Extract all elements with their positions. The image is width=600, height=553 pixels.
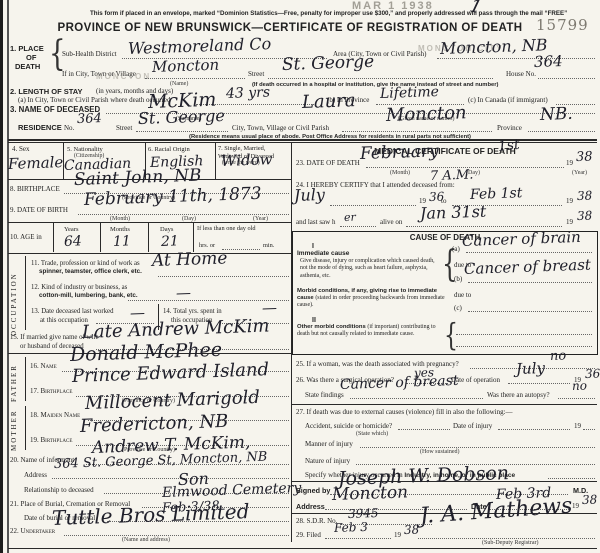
- group-bracket: [25, 357, 26, 401]
- industry-label: 12. Kind of industry or business, as: [31, 284, 127, 291]
- industry-value: —: [176, 285, 192, 301]
- morbid-conditions-note: (stated in order proceeding backwards fr…: [297, 295, 445, 308]
- accident-label: Accident, suicide or homicide?: [305, 423, 392, 431]
- death-certificate-scan: This form if placed in an envelope, mark…: [0, 0, 600, 553]
- dotted-line: [466, 252, 592, 253]
- attended-to-value: Feb 1st: [470, 186, 523, 202]
- dotted-line: [325, 538, 391, 539]
- cause-roman-one: I: [312, 243, 314, 250]
- manner-caption: (How sustained): [420, 449, 460, 455]
- dotted-line: [350, 398, 483, 399]
- stay-label: 2. LENGTH OF STAY: [10, 88, 83, 96]
- house-no-label: House No.: [506, 71, 536, 79]
- dotted-line: [538, 78, 595, 79]
- mother-vertical-label: MOTHER: [10, 407, 18, 451]
- residence-city-label: City, Town, Village or Civil Parish: [232, 125, 329, 133]
- age-months-header: Months: [110, 226, 130, 233]
- group-bracket: [25, 406, 26, 450]
- mother-birthplace-value: Fredericton, NB: [80, 413, 229, 436]
- signed-year-printed: 19: [572, 503, 579, 511]
- external-causes-label: 27. If death was due to external causes …: [296, 409, 513, 417]
- residence-street-value: St. George: [138, 108, 225, 127]
- alive-on-label: alive on: [380, 219, 402, 227]
- physician-address-value: Moncton: [332, 484, 409, 504]
- dotted-line: [398, 429, 450, 430]
- findings-value: Cancer of breast: [340, 374, 459, 392]
- dotted-line: [456, 334, 592, 335]
- death-month-caption: (Month): [390, 170, 410, 176]
- residence-no-value: 364: [77, 112, 102, 126]
- trade-value: At Home: [152, 250, 228, 270]
- last-saw-label: and last saw h: [296, 219, 335, 227]
- residence-province-label: Province: [497, 125, 522, 133]
- mail-notice: This form if placed in an envelope, mark…: [90, 10, 500, 17]
- hospital-caption: (If death occurred in a hospital or inst…: [252, 82, 498, 88]
- last-worked-value: —: [130, 305, 146, 321]
- spouse-value: Late Andrew McKim: [82, 317, 270, 342]
- occupation-vertical-label: OCCUPATION: [10, 258, 18, 336]
- place-of-death-label: 1. PLACE: [10, 45, 44, 53]
- stay-b-value: Lifetime: [380, 85, 439, 101]
- divider: [8, 222, 291, 223]
- last-saw-year-printed: 19: [566, 219, 573, 227]
- signed-by-label: Signed by: [296, 487, 330, 495]
- residence-street-label: Street: [116, 125, 132, 133]
- death-day-value: 1st: [497, 138, 520, 154]
- dotted-line: [64, 535, 289, 536]
- relationship-label: Relationship to deceased: [24, 487, 94, 495]
- district-label: Sub-Health District: [62, 51, 117, 59]
- age-less-header: If less than one day old: [197, 226, 256, 233]
- burial-value: Elmwood Cemetery: [162, 481, 302, 500]
- morbid-conditions-block: Morbid conditions, if any, giving rise t…: [297, 288, 445, 309]
- manner-label: Manner of injury: [305, 441, 353, 449]
- total-yrs-value: —: [262, 300, 278, 316]
- other-morbid-label: Other morbid conditions: [297, 324, 367, 330]
- other-morbid-block: Other morbid conditions (if important) c…: [297, 324, 445, 338]
- trade-label-bold: spinner, teamster, office clerk, etc.: [39, 269, 142, 276]
- dotted-line: [136, 131, 228, 132]
- cause-c-label: (c): [454, 305, 462, 313]
- pregnancy-value: no: [550, 349, 567, 363]
- city-value: Moncton: [152, 58, 220, 75]
- operation-year-value: 36: [585, 367, 600, 380]
- pregnancy-label: 25. If a woman, was the death associated…: [296, 361, 459, 369]
- signed-year-value: 38: [582, 493, 598, 506]
- area-value: Moncton, NB: [440, 37, 548, 57]
- father-vertical-label: FATHER: [10, 358, 18, 402]
- age-months-value: 11: [113, 234, 131, 249]
- filed-year-printed: 19: [394, 532, 401, 540]
- mother-birthplace-label: 19. Birthplace: [30, 437, 72, 445]
- residence-no-label: No.: [64, 125, 74, 133]
- to-year-value: 38: [577, 189, 593, 202]
- last-saw-value: Jan 31st: [420, 204, 487, 222]
- death-year-caption: (Year): [572, 170, 587, 176]
- stay-c-label: (c) In Canada (if immigrant): [468, 97, 548, 105]
- city-stamp: MONCTON: [96, 72, 151, 81]
- racial-origin-label: 6. Racial Origin: [148, 146, 190, 153]
- injury-date-label: Date of injury: [453, 423, 492, 431]
- marital-value: Widow: [221, 152, 273, 169]
- bottom-rule: [8, 548, 597, 549]
- dotted-line: [52, 478, 289, 479]
- death-year-value: 38: [576, 150, 593, 164]
- attended-from-value: July: [294, 187, 325, 204]
- serial-number: 15799: [536, 16, 589, 34]
- sex-value: Female: [8, 155, 64, 172]
- group-bracket: [25, 256, 26, 330]
- form-title: PROVINCE OF NEW BRUNSWICK—CERTIFICATE OF…: [40, 22, 540, 34]
- age-years-header: Years: [64, 226, 79, 233]
- last-worked-label: 13. Date deceased last worked: [31, 308, 113, 315]
- total-yrs-label: 14. Total yrs. spent in: [163, 308, 222, 315]
- undertaker-caption: (Name and address): [122, 537, 170, 543]
- father-birthplace-value: Prince Edward Island: [72, 361, 270, 386]
- last-saw-fill: er: [344, 212, 356, 223]
- given-name-value: Laura: [302, 92, 356, 112]
- date-of-death-label: 23. DATE OF DEATH: [296, 160, 360, 168]
- age-years-value: 64: [64, 234, 82, 249]
- filed-year-value: 38: [404, 523, 420, 536]
- informant-address-value: 364 St. George St, Moncton, NB: [54, 451, 268, 471]
- death-year-printed: 19: [566, 160, 573, 168]
- mother-maiden-label: 18. Maiden Name: [30, 412, 80, 420]
- dotted-line: [456, 346, 592, 347]
- dotted-line: [548, 478, 595, 479]
- cell-divider: [215, 142, 216, 179]
- divider: [8, 253, 291, 254]
- undertaker-value: Tuttle Bros Limited: [52, 501, 250, 528]
- dotted-line: [158, 276, 289, 277]
- cause-roman-two: II: [312, 317, 316, 324]
- nature-label: Nature of injury: [305, 458, 350, 466]
- house-no-value: 364: [534, 54, 563, 70]
- dotted-line: [498, 429, 570, 430]
- street-value: St. George: [282, 54, 375, 74]
- informant-address-label: Address: [24, 472, 47, 480]
- dotted-line: [508, 383, 570, 384]
- scan-edge-line: [7, 0, 9, 553]
- brace-glyph: {: [444, 322, 458, 353]
- accident-caption: (State which): [356, 431, 388, 437]
- dotted-line: [268, 78, 493, 79]
- mother-maiden-value: Millocent Marigold: [85, 389, 261, 413]
- cell-divider: [148, 222, 149, 252]
- due-to-label-2: due to: [454, 292, 471, 300]
- residence-city-value: Moncton: [386, 104, 467, 125]
- injury-year-printed: 19: [574, 423, 581, 431]
- father-birthplace-label: 17. Birthplace: [30, 388, 72, 396]
- filed-date-value: Feb 3: [334, 521, 368, 534]
- physician-address-label: Address: [296, 503, 325, 511]
- filed-label: 29. Filed: [296, 532, 321, 540]
- dotted-line: [437, 58, 595, 59]
- dotted-line: [330, 205, 416, 206]
- industry-label-bold: cotton-mill, lumbering, bank, etc.: [39, 293, 138, 300]
- dotted-line: [342, 131, 492, 132]
- cause-b-label: (b): [454, 276, 462, 284]
- dotted-line: [468, 282, 592, 283]
- dotted-line: [406, 226, 562, 227]
- autopsy-label: Was there an autopsy?: [487, 392, 550, 400]
- dotted-line: [528, 131, 595, 132]
- age-min-label: min.: [263, 243, 274, 250]
- medical-heading: MEDICAL CERTIFICATE OF DEATH: [300, 146, 590, 156]
- received-date-stamp: MAR 1 1938: [352, 0, 434, 12]
- sdr-no-label: 28. S.D.R. No.: [296, 518, 337, 526]
- place-of-death-label: OF: [26, 54, 36, 62]
- dotted-line: [360, 447, 595, 448]
- cause-b-value: Cancer of breast: [464, 258, 591, 277]
- registrar-signature: J. A. Mathews: [419, 495, 573, 528]
- father-name-label: 16. Name: [30, 363, 57, 371]
- district-value: Westmoreland Co: [128, 36, 272, 57]
- stay-a-value: 43 yrs: [226, 85, 271, 101]
- cell-divider: [53, 222, 54, 252]
- death-month-value: February: [360, 143, 439, 163]
- date-of-birth-label: 9. DATE OF BIRTH: [10, 207, 68, 215]
- autopsy-value: no: [572, 379, 587, 392]
- street-label: Street: [248, 71, 264, 79]
- immediate-cause-label: Immediate cause: [297, 250, 349, 257]
- age-days-value: 21: [161, 234, 179, 249]
- undertaker-label: 22. Undertaker: [10, 528, 55, 536]
- dotted-line: [145, 78, 245, 79]
- dotted-line: [468, 311, 592, 312]
- dotted-line: [222, 249, 260, 250]
- residence-label: RESIDENCE: [18, 124, 62, 132]
- age-label: 10. AGE in: [10, 234, 42, 242]
- to-year-printed: 19: [566, 198, 573, 206]
- place-of-death-label: DEATH: [15, 63, 40, 71]
- immediate-cause-note: Give disease, injury or complication whi…: [300, 258, 442, 280]
- operation-date-value: July: [516, 361, 545, 377]
- dotted-line: [78, 214, 289, 215]
- registrar-caption: (Sub-Deputy Registrar): [482, 540, 539, 546]
- age-days-header: Days: [160, 226, 173, 233]
- last-saw-year-value: 38: [577, 209, 593, 222]
- scan-edge-line: [0, 0, 3, 553]
- residence-province-value: NB.: [540, 106, 573, 124]
- sex-label: 4. Sex: [12, 146, 30, 154]
- cell-divider: [100, 222, 101, 252]
- death-time-value: 7 A.M.: [430, 168, 474, 183]
- date-of-birth-value: February 11th, 1873: [84, 186, 262, 209]
- birthplace-label: 8. BIRTHPLACE: [10, 186, 60, 194]
- findings-label: State findings: [305, 392, 344, 400]
- divider: [292, 404, 597, 405]
- cell-divider: [193, 222, 194, 252]
- dotted-line: [340, 226, 376, 227]
- trade-label: 11. Trade, profession or kind of work as: [31, 260, 140, 267]
- dotted-line: [583, 429, 595, 430]
- cause-a-value: Cancer of brain: [462, 230, 581, 249]
- sdr-no-value: 3945: [348, 507, 379, 520]
- dotted-line: [418, 538, 595, 539]
- dotted-line: [558, 398, 595, 399]
